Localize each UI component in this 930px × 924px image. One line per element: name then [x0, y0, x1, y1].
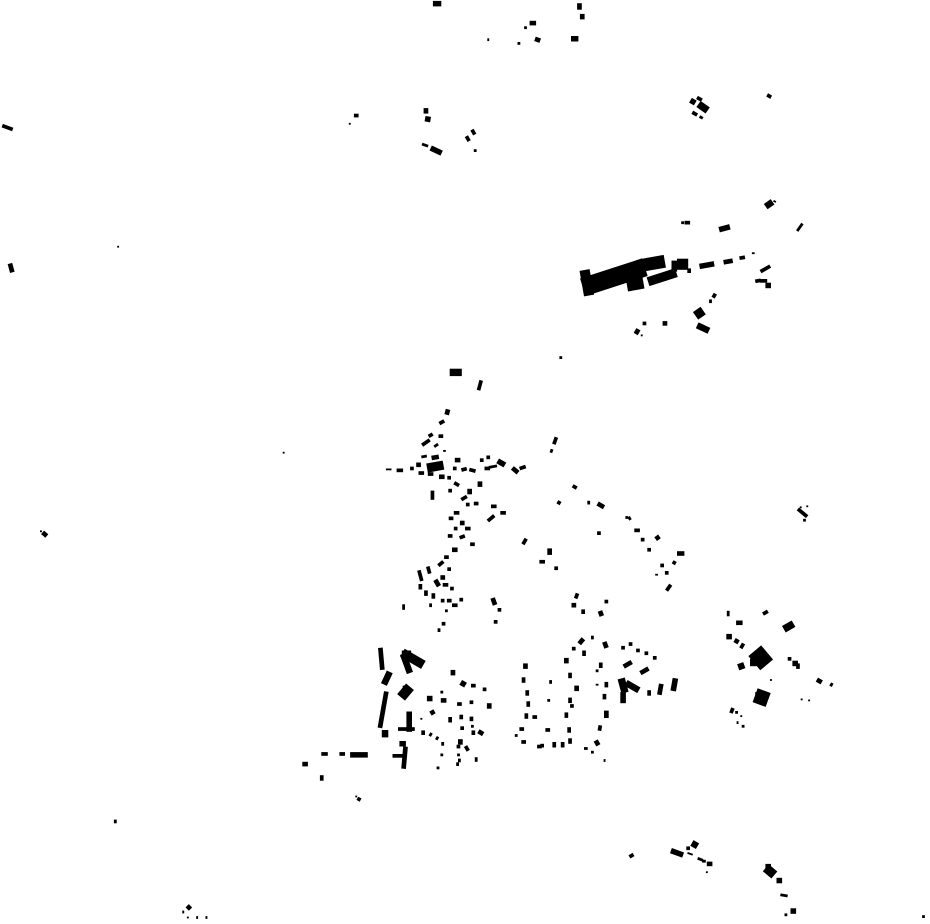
building-footprint [441, 698, 447, 703]
building-footprint [587, 501, 590, 505]
building-footprint [748, 645, 773, 670]
cluster-north-edge-scatter [433, 1, 585, 45]
building-footprint [471, 684, 476, 688]
building-footprint [605, 600, 609, 604]
building-footprint [454, 527, 458, 531]
building-footprint [740, 715, 742, 717]
building-footprint [477, 729, 484, 736]
building-footprint [800, 506, 802, 508]
building-footprint [670, 678, 678, 692]
building-footprint [568, 738, 572, 744]
building-footprint [597, 531, 601, 535]
building-footprint [388, 673, 392, 677]
building-footprint [598, 610, 604, 617]
building-footprint [689, 98, 697, 106]
building-footprint [729, 707, 734, 713]
building-footprint [187, 917, 189, 919]
building-footprint [486, 456, 490, 460]
building-footprint [302, 762, 308, 767]
building-footprint [397, 469, 404, 473]
building-footprint [760, 279, 767, 283]
building-footprint [450, 369, 462, 376]
building-footprint [428, 432, 434, 438]
building-footprint [696, 101, 709, 113]
building-footprint [339, 752, 345, 756]
building-footprint [459, 680, 467, 688]
building-footprint [604, 759, 606, 762]
building-footprint [552, 437, 558, 445]
building-footprint [636, 649, 640, 653]
cluster-farm-cluster-east [726, 505, 833, 727]
building-footprint [487, 514, 496, 522]
building-footprint [742, 725, 745, 728]
building-footprint [460, 726, 464, 730]
building-footprint [816, 678, 823, 685]
building-footprint [580, 269, 595, 296]
building-footprint [378, 648, 385, 671]
figure-ground-map[interactable] [0, 0, 930, 924]
building-footprint [477, 380, 483, 391]
building-footprint [687, 852, 693, 856]
building-footprint [580, 14, 585, 20]
building-footprint [806, 505, 808, 507]
building-footprint [572, 647, 576, 651]
building-footprint [803, 519, 806, 522]
building-footprint [320, 775, 324, 781]
building-footprint [561, 742, 565, 748]
building-footprint [459, 534, 466, 539]
building-footprint [521, 740, 526, 744]
building-footprint [665, 571, 669, 575]
building-footprint [424, 108, 429, 114]
building-footprint [439, 475, 445, 480]
building-footprint [421, 455, 427, 459]
building-footprint [808, 700, 810, 702]
building-footprint [711, 293, 717, 299]
building-footprint [777, 878, 783, 884]
building-footprint [469, 468, 476, 473]
building-footprint [791, 908, 797, 914]
building-footprint [448, 489, 452, 493]
building-footprint [465, 135, 471, 142]
building-footprint [596, 669, 599, 672]
building-footprint [788, 657, 792, 661]
building-footprint [530, 21, 537, 26]
building-footprint [657, 683, 664, 695]
building-footprint [574, 686, 579, 692]
building-footprint [440, 691, 443, 694]
building-footprint [707, 862, 713, 867]
building-footprint [604, 711, 609, 718]
building-footprint [511, 466, 520, 474]
cluster-curved-rows-east [515, 636, 678, 762]
building-footprint [685, 221, 691, 225]
building-footprint [568, 698, 572, 704]
building-footprint [419, 584, 423, 590]
building-footprint [457, 702, 462, 706]
building-footprint [444, 555, 449, 559]
building-footprint [640, 255, 666, 272]
building-footprint [687, 268, 691, 273]
building-footprint [596, 684, 599, 686]
building-footprint [726, 634, 732, 640]
building-footprint [634, 328, 641, 335]
building-footprint [417, 570, 423, 582]
building-footprint [460, 521, 465, 526]
building-footprint [764, 199, 775, 209]
building-footprint [641, 538, 645, 542]
building-footprint [755, 692, 761, 698]
building-footprint [382, 730, 389, 737]
building-footprint [386, 469, 392, 471]
building-footprint [523, 663, 528, 669]
building-footprint [444, 409, 450, 416]
building-footprint [452, 548, 458, 553]
building-footprint [421, 730, 425, 735]
building-footprint [574, 593, 579, 599]
building-footprint [349, 123, 351, 125]
building-footprint [458, 739, 463, 745]
building-footprint [474, 149, 477, 152]
building-footprint [356, 797, 361, 802]
building-footprint [475, 757, 478, 762]
building-footprint [443, 583, 449, 587]
building-footprint [750, 659, 757, 666]
building-footprint [766, 93, 772, 99]
building-footprint [572, 603, 577, 608]
building-footprint [457, 745, 461, 749]
cluster-south-edge-scatter [40, 452, 925, 919]
building-footprint [452, 603, 458, 607]
building-footprint [727, 611, 730, 617]
building-footprint [354, 114, 359, 118]
building-footprint [431, 491, 435, 500]
building-footprint [556, 500, 561, 505]
building-footprint [350, 752, 368, 758]
building-footprint [460, 495, 467, 501]
building-footprint [602, 641, 609, 649]
building-footprint [429, 603, 432, 607]
building-footprint [603, 694, 607, 700]
building-footprint [500, 511, 506, 515]
building-footprint [448, 717, 452, 723]
building-footprint [489, 464, 498, 468]
building-footprint [568, 673, 572, 679]
building-footprint [801, 699, 803, 701]
building-footprint [40, 530, 42, 532]
building-footprint [433, 579, 441, 588]
building-footprint [483, 688, 487, 692]
building-footprint [547, 548, 552, 555]
building-footprint [402, 604, 405, 610]
building-footprint [478, 481, 483, 487]
building-footprint [572, 484, 578, 490]
building-footprint [549, 680, 552, 684]
building-footprint [437, 560, 444, 567]
building-footprint [672, 560, 677, 565]
building-footprint [559, 356, 562, 359]
building-footprint [472, 730, 476, 735]
building-footprint [629, 853, 635, 859]
building-footprint [440, 754, 443, 757]
building-footprint [445, 609, 448, 612]
building-footprint [470, 717, 474, 722]
building-footprint [739, 643, 745, 650]
building-footprint [591, 636, 594, 640]
building-footprint [196, 916, 198, 919]
building-footprint [465, 527, 471, 531]
building-footprint [321, 752, 328, 756]
building-footprint [760, 264, 772, 273]
building-footprint [426, 566, 431, 574]
building-footprint [620, 692, 626, 703]
building-footprint [733, 638, 739, 644]
building-footprint [534, 37, 541, 43]
cluster-main-street-southwest [417, 503, 501, 632]
building-footprint [518, 42, 521, 45]
building-footprint [739, 255, 745, 260]
building-footprint [459, 598, 463, 602]
building-footprint [355, 796, 357, 798]
building-footprint [645, 651, 649, 655]
building-footprint [736, 621, 743, 626]
building-footprint [428, 732, 432, 737]
building-footprint [570, 704, 574, 708]
building-footprint [459, 715, 463, 720]
building-footprint [422, 143, 429, 148]
building-footprint [403, 686, 409, 692]
building-footprint [449, 517, 454, 521]
building-footprint [519, 465, 526, 471]
building-footprint [206, 916, 208, 919]
building-footprint [693, 307, 706, 320]
building-footprint [456, 762, 459, 766]
building-footprint [539, 560, 545, 564]
building-footprint [634, 529, 640, 533]
building-footprint [41, 531, 48, 538]
building-footprint [494, 620, 498, 624]
cluster-southern-estates [302, 604, 459, 801]
building-footprint [773, 200, 776, 203]
building-footprint [461, 467, 467, 472]
building-footprint [665, 584, 672, 592]
building-footprint [114, 820, 117, 824]
building-footprint [454, 511, 460, 515]
building-footprint [577, 637, 585, 645]
building-footprint [431, 454, 439, 460]
building-footprint [393, 754, 404, 758]
building-footprint [552, 742, 556, 748]
building-footprint [426, 461, 444, 473]
building-footprint [447, 476, 451, 480]
building-footprint [677, 259, 688, 270]
building-footprint [411, 727, 415, 731]
building-footprint [737, 662, 745, 670]
building-footprint [487, 703, 492, 709]
building-footprint [420, 718, 422, 720]
building-footprint [471, 725, 474, 728]
building-footprint [735, 711, 738, 714]
building-footprint [765, 283, 771, 289]
building-footprint [439, 434, 444, 438]
building-footprint [410, 467, 414, 471]
building-footprint [491, 505, 497, 509]
building-footprint [723, 258, 733, 264]
building-footprint [796, 663, 800, 669]
building-footprint [699, 115, 704, 119]
building-footprint [425, 116, 431, 122]
building-footprint [424, 590, 428, 596]
building-footprint [670, 848, 684, 858]
building-footprint [433, 443, 438, 448]
building-footprint [457, 754, 460, 757]
building-footprint [182, 911, 184, 914]
building-footprint [416, 463, 421, 468]
building-footprint [525, 713, 529, 719]
building-footprint [577, 3, 582, 10]
building-footprint [399, 741, 406, 747]
building-footprint [654, 535, 660, 541]
building-footprint [8, 263, 15, 273]
building-footprint [524, 26, 527, 29]
building-footprint [490, 597, 497, 606]
cluster-village-core [386, 356, 562, 522]
building-footprint [447, 599, 452, 603]
building-footprint [660, 564, 664, 568]
building-footprint [429, 709, 435, 715]
building-footprint [643, 322, 647, 326]
building-footprint [435, 736, 439, 741]
building-footprint [581, 609, 585, 614]
building-footprint [451, 670, 456, 676]
building-footprint [785, 913, 788, 916]
building-footprint [437, 767, 440, 770]
cluster-north-hamlets [2, 93, 773, 273]
building-footprint [623, 660, 633, 669]
building-footprint [458, 759, 461, 763]
building-footprint [466, 503, 470, 507]
building-footprint [796, 223, 804, 232]
building-footprints-layer [0, 0, 930, 924]
building-footprint [780, 893, 788, 897]
building-footprint [596, 502, 605, 510]
building-footprint [765, 864, 771, 870]
building-footprint [378, 691, 389, 728]
building-footprint [521, 538, 527, 545]
building-footprint [599, 663, 603, 669]
building-footprint [564, 658, 569, 664]
building-footprint [653, 656, 657, 660]
building-footprint [550, 449, 554, 453]
building-footprint [447, 567, 451, 571]
building-footprint [690, 840, 699, 849]
building-footprint [672, 261, 678, 272]
building-footprint [419, 471, 425, 475]
building-footprint [647, 690, 651, 696]
building-footprint [639, 667, 649, 676]
building-footprint [117, 246, 119, 248]
building-footprint [686, 846, 690, 850]
building-footprint [438, 628, 441, 632]
building-footprint [762, 610, 769, 616]
cluster-east-scatter-mid [521, 484, 684, 617]
building-footprint [442, 622, 446, 626]
building-footprint [453, 467, 457, 471]
building-footprint [455, 458, 461, 463]
building-footprint [453, 481, 460, 487]
building-footprint [565, 712, 569, 718]
building-footprint [737, 721, 739, 724]
building-footprint [547, 699, 550, 702]
building-footprint [487, 38, 489, 41]
building-footprint [438, 419, 445, 425]
building-footprint [433, 1, 441, 7]
building-footprint [594, 739, 601, 746]
building-footprint [441, 742, 444, 746]
building-footprint [641, 335, 643, 337]
building-footprint [567, 727, 571, 733]
building-footprint [554, 566, 558, 570]
building-footprint [470, 542, 475, 546]
building-footprint [470, 700, 474, 704]
building-footprint [398, 727, 407, 731]
building-footprint [691, 111, 698, 117]
building-footprint [696, 96, 703, 102]
building-footprint [448, 534, 453, 538]
building-footprint [519, 727, 524, 731]
building-footprint [591, 751, 594, 754]
building-footprint [474, 502, 479, 506]
building-footprint [283, 452, 285, 454]
building-footprint [629, 642, 633, 646]
building-footprint [441, 599, 445, 603]
building-footprint [598, 725, 603, 731]
building-footprint [525, 690, 529, 696]
building-footprint [545, 728, 550, 732]
building-footprint [443, 450, 446, 452]
building-footprint [709, 299, 712, 303]
building-footprint [922, 915, 925, 918]
building-footprint [770, 679, 772, 681]
building-footprint [428, 472, 434, 476]
cluster-crescent-housing [420, 670, 491, 762]
building-footprint [647, 548, 651, 552]
building-footprint [450, 587, 454, 591]
building-footprint [526, 701, 530, 707]
building-footprint [829, 682, 833, 687]
building-footprint [421, 438, 431, 446]
building-footprint [677, 551, 684, 556]
building-footprint [515, 734, 518, 737]
building-footprint [440, 575, 445, 580]
building-footprint [467, 489, 472, 495]
building-footprint [582, 651, 586, 657]
building-footprint [470, 129, 476, 136]
building-footprint [540, 744, 544, 748]
building-footprint [625, 516, 628, 519]
building-footprint [2, 124, 14, 131]
building-footprint [432, 593, 436, 599]
building-footprint [699, 261, 715, 269]
building-footprint [621, 646, 625, 650]
cluster-industrial-northeast [580, 199, 804, 336]
building-footprint [681, 221, 684, 224]
building-footprint [427, 696, 433, 702]
building-footprint [464, 745, 470, 752]
building-footprint [402, 651, 411, 658]
building-footprint [655, 574, 658, 576]
building-footprint [584, 747, 588, 750]
